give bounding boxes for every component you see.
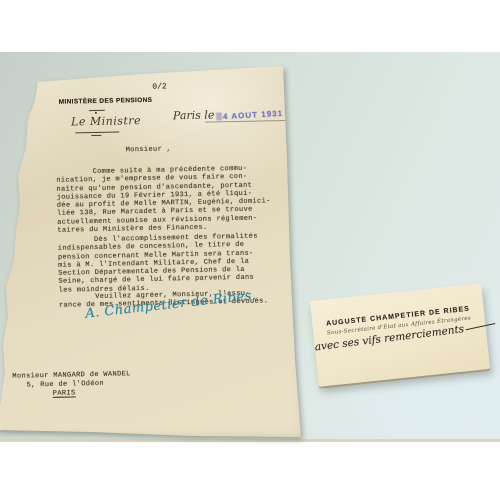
pen-stroke-tail [466, 323, 496, 330]
letter-paragraph-1: Comme suite à ma précédente commu-nicati… [56, 164, 271, 235]
recipient-city: PARIS [45, 388, 131, 399]
letter-paper: 0/2 MINISTÈRE DES PENSIONS Le Ministre P… [0, 60, 306, 442]
reference-number: 0/2 [152, 82, 167, 91]
letter-document: 0/2 MINISTÈRE DES PENSIONS Le Ministre P… [0, 60, 306, 442]
dateline-year: 19 [286, 110, 296, 119]
letterhead-ornament [89, 110, 105, 111]
photo-scene: 0/2 MINISTÈRE DES PENSIONS Le Ministre P… [0, 52, 500, 442]
letter-paragraph-2: Dès l'accomplissement des formalitésindi… [57, 233, 258, 295]
dateline-prefix: Paris le [173, 108, 215, 122]
ministry-letterhead: MINISTÈRE DES PENSIONS [59, 97, 153, 106]
sender-title: Le Ministre [71, 114, 141, 128]
salutation: Monsieur , [126, 145, 172, 154]
recipient-address: Monsieur MANGARD de WANDEL 5, Rue de l'O… [12, 370, 131, 399]
sender-title-flourish [75, 131, 119, 133]
visiting-card: AUGUSTE CHAMPETIER DE RIBES Sous-Secréta… [310, 283, 490, 387]
stamp-smudge [216, 112, 222, 120]
